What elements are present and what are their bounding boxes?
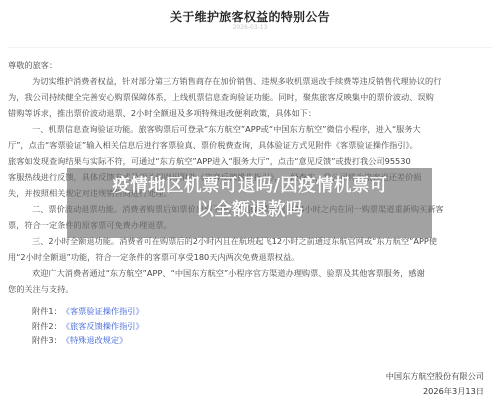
signature-company: 中国东方航空股份有限公司	[386, 369, 484, 384]
paragraph-line: 一、机票信息查询验证功能。旅客购票后可登录“东方航空”APP或“中国东方航空”微…	[8, 121, 494, 137]
attachment-label: 附件3：	[32, 333, 62, 348]
attachment-item-1: 附件1： 《客票验证操作指引》	[32, 304, 144, 319]
paragraph-line: 欢迎广大消费者通过“东方航空”APP、“中国东方航空”小程序官方渠道办理购票、验…	[8, 265, 494, 281]
signature-block: 中国东方航空股份有限公司 2026年3月13日	[386, 369, 484, 399]
paragraph-line: 厅”，点击“客票验证”输入相关信息后进行客票验真、票价税费查询，具体验证方式见附…	[8, 137, 494, 153]
paragraph-line: 为，我公司持续健全完善安心购票保障体系，上线机票信息查询验证功能。同时，聚焦旅客…	[8, 89, 494, 105]
notice-title: 关于维护旅客权益的特别公告	[0, 8, 500, 25]
signature-date: 2026年3月13日	[386, 384, 484, 399]
attachment-label: 附件1：	[32, 304, 62, 319]
attachment-label: 附件2：	[32, 319, 62, 334]
overlay-headline-line1: 疫情地区机票可退吗/因疫情机票可	[57, 174, 443, 198]
paragraph-line: 用“2小时全额退”功能，符合一定条件的客票可享受180天内两次免费退票权益。	[8, 249, 494, 265]
notice-publish-date: 2026-03-13	[0, 24, 500, 31]
attachments-list: 附件1： 《客票验证操作指引》 附件2： 《旅客反馈操作指引》 附件3： 《特殊…	[32, 304, 144, 348]
attachment-link-feedback-guide[interactable]: 《旅客反馈操作指引》	[62, 319, 144, 334]
notice-page: 关于维护旅客权益的特别公告 2026-03-13 尊敬的旅客： 为切实维护消费者…	[0, 0, 500, 401]
overlay-headline-line2: 以全额退款吗	[57, 198, 443, 222]
attachment-item-2: 附件2： 《旅客反馈操作指引》	[32, 319, 144, 334]
paragraph-line: 为切实维护消费者权益，针对部分第三方销售商存在加价销售、违规多收机票退改手续费等…	[8, 73, 494, 89]
overlay-headline: 疫情地区机票可退吗/因疫情机票可 以全额退款吗	[57, 174, 443, 222]
attachment-item-3: 附件3： 《特殊退改规定》	[32, 333, 144, 348]
paragraph-line: 旅客如发现查询结果与实际不符，可通过“东方航空”APP进入“服务大厅”，点击“意…	[8, 153, 494, 169]
paragraph-line: 您的关注与支持。	[8, 281, 494, 297]
attachment-link-ticket-verification[interactable]: 《客票验证操作指引》	[62, 304, 144, 319]
header-divider	[8, 47, 492, 48]
greeting: 尊敬的旅客：	[8, 57, 494, 73]
paragraph-line: 错购等诉求，推出票价波动退票、2小时全额退及多项特殊退改便利政策，具体如下：	[8, 105, 494, 121]
attachment-link-special-refund-rules[interactable]: 《特殊退改规定》	[62, 333, 128, 348]
